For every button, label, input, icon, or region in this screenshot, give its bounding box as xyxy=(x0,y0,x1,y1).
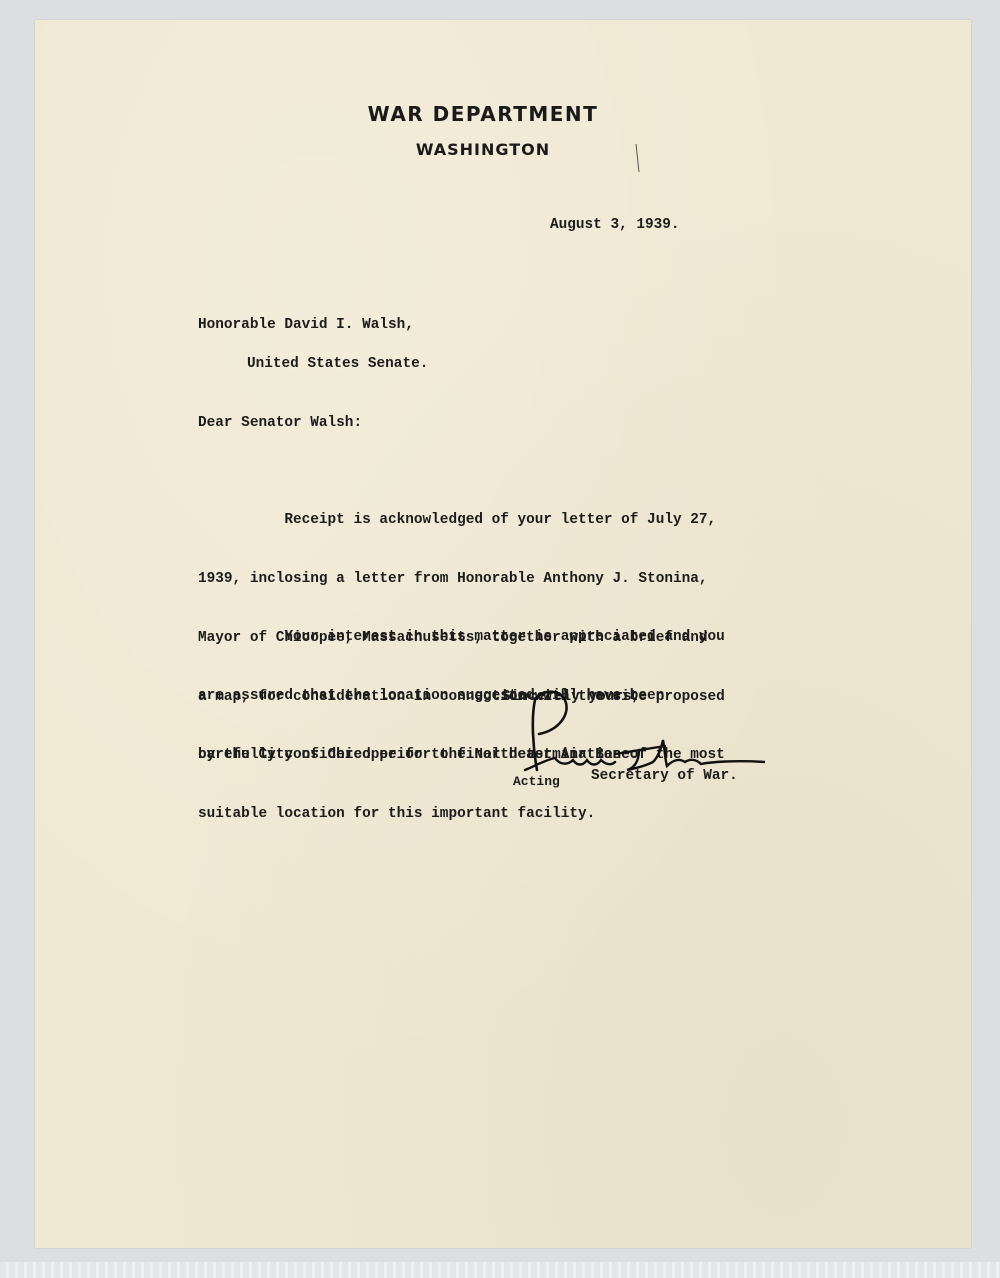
paragraph-line: Your interest in this matter is apprecia… xyxy=(198,628,725,648)
letterhead-city: WASHINGTON xyxy=(15,140,951,159)
letter-page: WAR DEPARTMENT WASHINGTON August 3, 1939… xyxy=(35,20,971,1248)
mounting-tape xyxy=(0,1262,1000,1278)
handwritten-signature-icon xyxy=(515,688,765,778)
letter-date: August 3, 1939. xyxy=(550,216,680,236)
paragraph-line: suitable location for this important fac… xyxy=(198,805,725,825)
paragraph-line: 1939, inclosing a letter from Honorable … xyxy=(198,570,725,590)
salutation: Dear Senator Walsh: xyxy=(198,414,362,434)
paragraph-line: Receipt is acknowledged of your letter o… xyxy=(198,511,725,531)
recipient-name: Honorable David I. Walsh, xyxy=(198,316,414,336)
recipient-office: United States Senate. xyxy=(247,355,428,375)
letterhead-department: WAR DEPARTMENT xyxy=(15,102,951,126)
acting-label: Acting xyxy=(513,772,560,792)
signer-title: Secretary of War. xyxy=(591,767,738,787)
